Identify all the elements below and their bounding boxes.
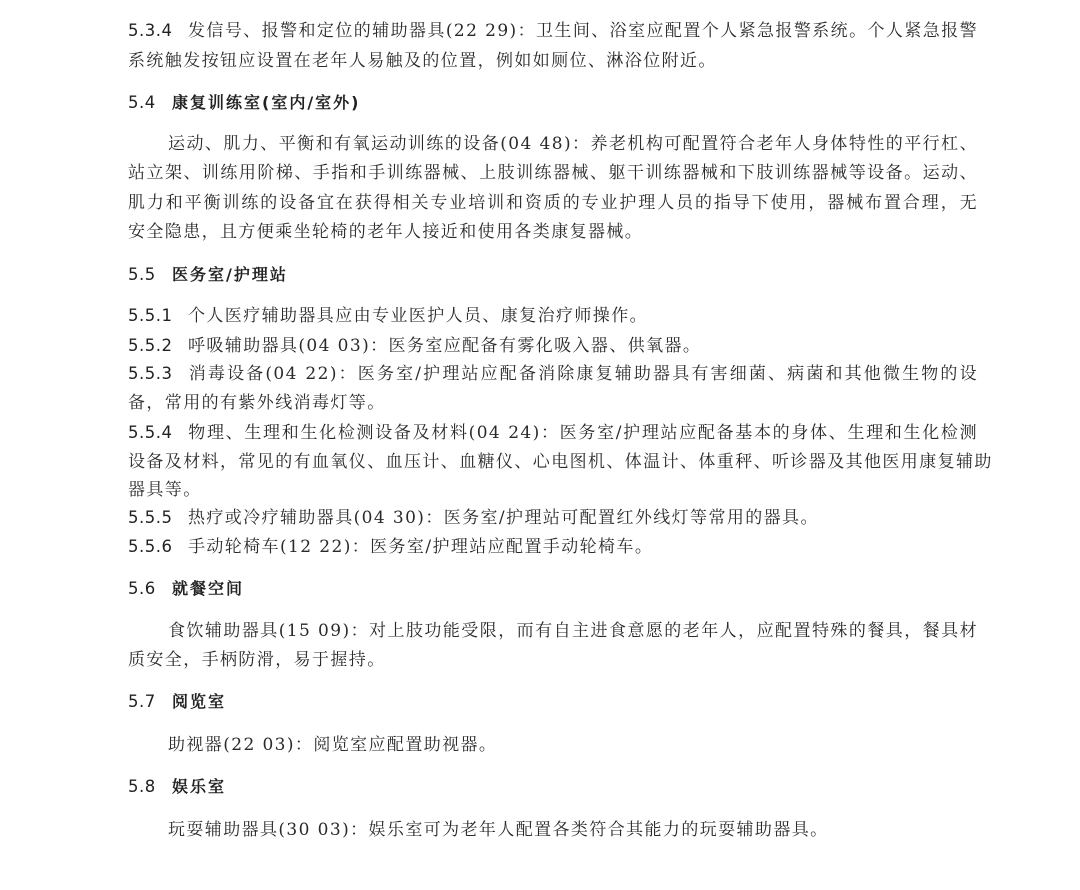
paragraph-line: 玩耍辅助器具(30 03)：娱乐室可为老年人配置各类符合其能力的玩耍辅助器具。 <box>168 817 1018 843</box>
clause-5-5-4-line-3: 器具等。 <box>128 477 978 503</box>
paragraph-line: 食饮辅助器具(15 09)：对上肢功能受限，而有自主进食意愿的老年人，应配置特殊… <box>168 618 978 644</box>
section-heading-5-5: 5.5医务室/护理站 <box>128 262 978 288</box>
paragraph-line: 安全隐患，且方便乘坐轮椅的老年人接近和使用各类康复器械。 <box>128 219 978 245</box>
clause-text: 发信号、报警和定位的辅助器具(22 29)：卫生间、浴室应配置个人紧急报警系统。… <box>188 21 978 41</box>
clause-text: 个人医疗辅助器具应由专业医护人员、康复治疗师操作。 <box>188 306 648 326</box>
paragraph-text: 运动、肌力、平衡和有氧运动训练的设备(04 48)：养老机构可配置符合老年人身体… <box>168 134 978 154</box>
section-heading-5-7: 5.7阅览室 <box>128 689 978 715</box>
paragraph-line: 助视器(22 03)：阅览室应配置助视器。 <box>168 732 1018 758</box>
paragraph-line: 肌力和平衡训练的设备宜在获得相关专业培训和资质的专业护理人员的指导下使用，器械布… <box>128 190 978 216</box>
clause-5-5-5: 5.5.5热疗或冷疗辅助器具(04 30)：医务室/护理站可配置红外线灯等常用的… <box>128 505 978 531</box>
paragraph-text: 安全隐患，且方便乘坐轮椅的老年人接近和使用各类康复器械。 <box>128 222 643 242</box>
clause-5-3-4-line-2: 系统触发按钮应设置在老年人易触及的位置，例如如厕位、淋浴位附近。 <box>128 48 978 74</box>
section-title: 医务室/护理站 <box>172 265 288 284</box>
clause-5-5-1: 5.5.1个人医疗辅助器具应由专业医护人员、康复治疗师操作。 <box>128 303 978 329</box>
section-number: 5.7 <box>128 689 172 715</box>
paragraph-line: 质安全，手柄防滑，易于握持。 <box>128 647 978 673</box>
clause-5-5-4-line-2: 设备及材料，常见的有血氧仪、血压计、血糖仪、心电图机、体温计、体重秤、听诊器及其… <box>128 449 978 475</box>
clause-text: 手动轮椅车(12 22)：医务室/护理站应配置手动轮椅车。 <box>188 537 653 557</box>
clause-number: 5.5.3 <box>128 361 188 387</box>
paragraph-text: 食饮辅助器具(15 09)：对上肢功能受限，而有自主进食意愿的老年人，应配置特殊… <box>168 621 978 641</box>
clause-text: 器具等。 <box>128 480 202 500</box>
paragraph-text: 玩耍辅助器具(30 03)：娱乐室可为老年人配置各类符合其能力的玩耍辅助器具。 <box>168 820 829 840</box>
section-title: 就餐空间 <box>172 579 244 598</box>
clause-5-5-4-line-1: 5.5.4物理、生理和生化检测设备及材料(04 24)：医务室/护理站应配备基本… <box>128 420 978 446</box>
clause-text: 消毒设备(04 22)：医务室/护理站应配备消除康复辅助器具有害细菌、病菌和其他… <box>188 364 978 384</box>
clause-number: 5.3.4 <box>128 18 188 44</box>
clause-5-3-4-line-1: 5.3.4发信号、报警和定位的辅助器具(22 29)：卫生间、浴室应配置个人紧急… <box>128 18 978 44</box>
paragraph-text: 站立架、训练用阶梯、手指和手训练器械、上肢训练器械、躯干训练器械和下肢训练器械等… <box>128 163 978 183</box>
paragraph-text: 助视器(22 03)：阅览室应配置助视器。 <box>168 735 497 755</box>
paragraph-text: 质安全，手柄防滑，易于握持。 <box>128 650 386 670</box>
section-number: 5.5 <box>128 262 172 288</box>
section-title: 康复训练室(室内/室外) <box>172 93 360 112</box>
clause-number: 5.5.5 <box>128 505 188 531</box>
clause-text: 热疗或冷疗辅助器具(04 30)：医务室/护理站可配置红外线灯等常用的器具。 <box>188 508 819 528</box>
section-number: 5.6 <box>128 576 172 602</box>
section-number: 5.8 <box>128 774 172 800</box>
clause-text: 物理、生理和生化检测设备及材料(04 24)：医务室/护理站应配备基本的身体、生… <box>188 423 978 443</box>
clause-number: 5.5.2 <box>128 333 188 359</box>
clause-text: 备，常用的有紫外线消毒灯等。 <box>128 393 386 413</box>
section-title: 阅览室 <box>172 692 226 711</box>
section-heading-5-4: 5.4康复训练室(室内/室外) <box>128 90 978 116</box>
clause-number: 5.5.6 <box>128 534 188 560</box>
clause-text: 设备及材料，常见的有血氧仪、血压计、血糖仪、心电图机、体温计、体重秤、听诊器及其… <box>128 452 993 472</box>
section-heading-5-8: 5.8娱乐室 <box>128 774 978 800</box>
paragraph-line: 运动、肌力、平衡和有氧运动训练的设备(04 48)：养老机构可配置符合老年人身体… <box>168 131 978 157</box>
section-title: 娱乐室 <box>172 777 226 796</box>
clause-number: 5.5.1 <box>128 303 188 329</box>
clause-5-5-6: 5.5.6手动轮椅车(12 22)：医务室/护理站应配置手动轮椅车。 <box>128 534 978 560</box>
section-heading-5-6: 5.6就餐空间 <box>128 576 978 602</box>
clause-text: 系统触发按钮应设置在老年人易触及的位置，例如如厕位、淋浴位附近。 <box>128 51 717 71</box>
clause-5-5-3-line-2: 备，常用的有紫外线消毒灯等。 <box>128 390 978 416</box>
section-number: 5.4 <box>128 90 172 116</box>
clause-text: 呼吸辅助器具(04 03)：医务室应配备有雾化吸入器、供氧器。 <box>188 336 701 356</box>
paragraph-text: 肌力和平衡训练的设备宜在获得相关专业培训和资质的专业护理人员的指导下使用，器械布… <box>128 193 978 213</box>
clause-5-5-2: 5.5.2呼吸辅助器具(04 03)：医务室应配备有雾化吸入器、供氧器。 <box>128 333 978 359</box>
clause-number: 5.5.4 <box>128 420 188 446</box>
clause-5-5-3-line-1: 5.5.3消毒设备(04 22)：医务室/护理站应配备消除康复辅助器具有害细菌、… <box>128 361 978 387</box>
paragraph-line: 站立架、训练用阶梯、手指和手训练器械、上肢训练器械、躯干训练器械和下肢训练器械等… <box>128 160 978 186</box>
